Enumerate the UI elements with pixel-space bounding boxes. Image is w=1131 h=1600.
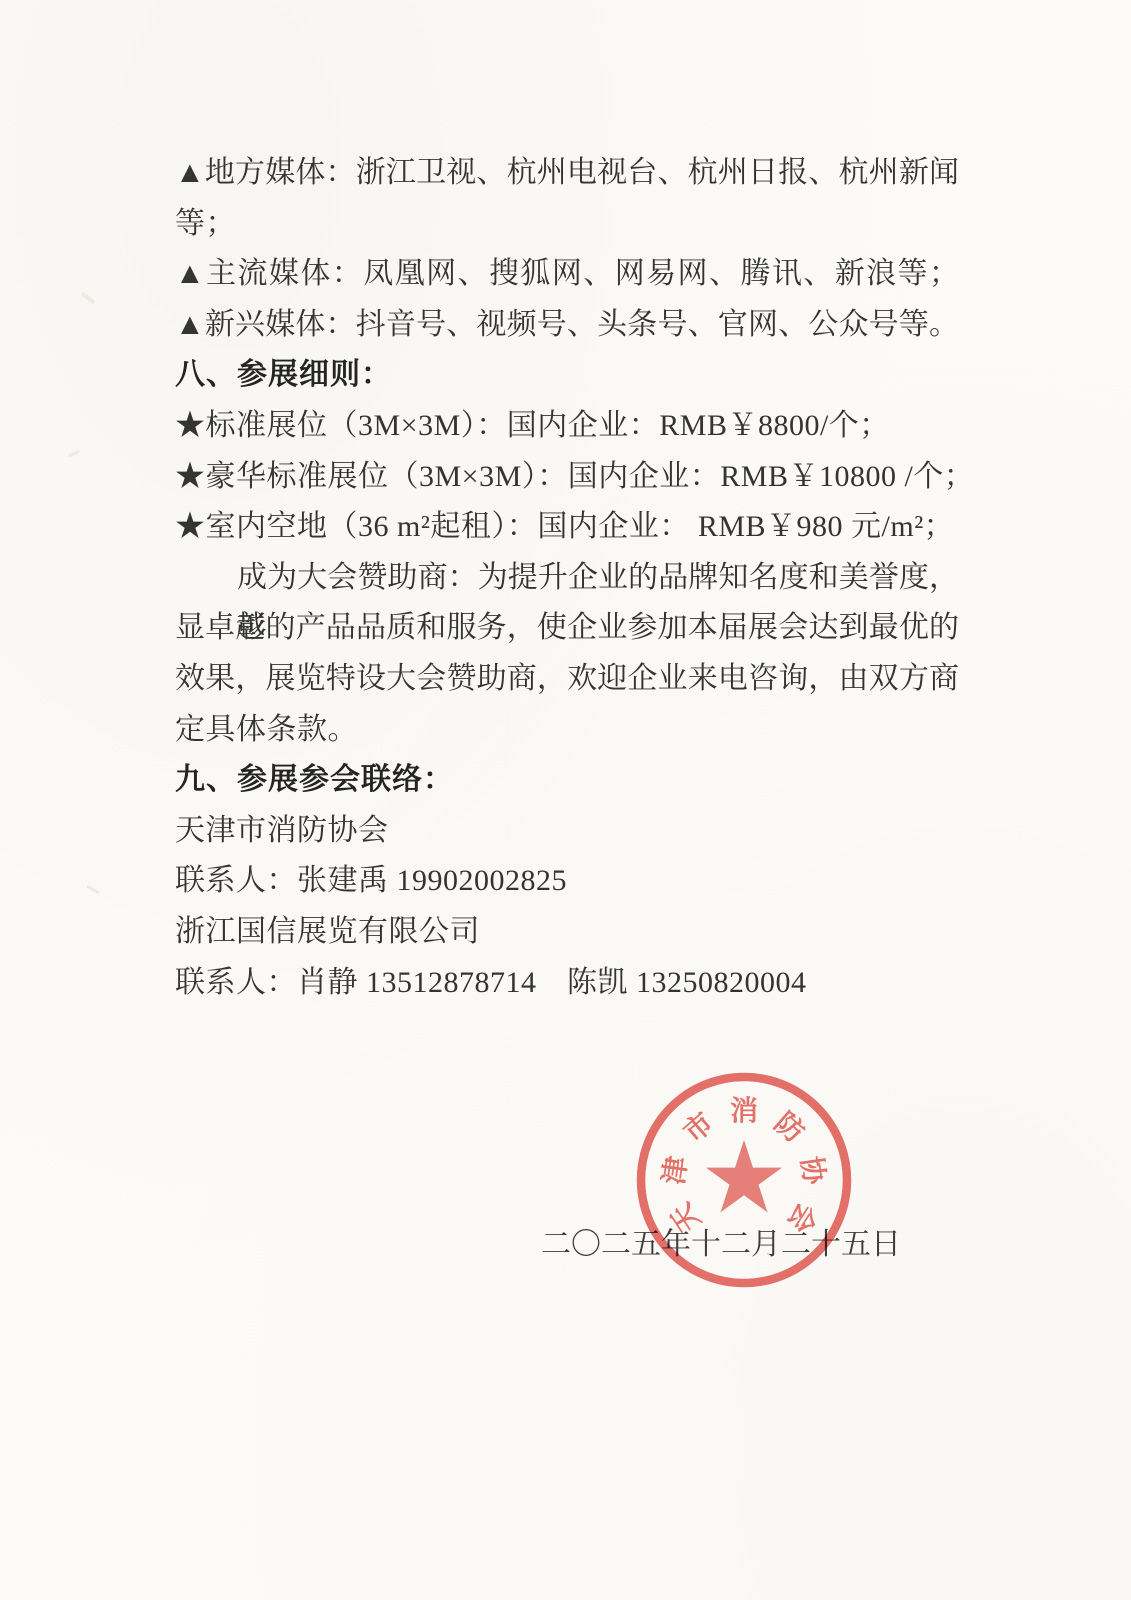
text-line: 联系人：张建禹 19902002825 bbox=[175, 856, 959, 907]
seal-character: 防 bbox=[768, 1107, 810, 1150]
text-line: ▲地方媒体：浙江卫视、杭州电视台、杭州日报、杭州新闻 bbox=[175, 148, 959, 199]
text-line: 显卓越的产品品质和服务，使企业参加本届展会达到最优的 bbox=[175, 603, 959, 654]
section-heading: 九、参展参会联络： bbox=[175, 755, 959, 806]
seal-graphic: 天津市消防协会 bbox=[641, 1077, 847, 1283]
scan-smudge bbox=[80, 291, 95, 304]
text-line: 天津市消防协会 bbox=[175, 806, 959, 857]
text-line: ★豪华标准展位（3M×3M）：国内企业：RMB￥10800 /个； bbox=[175, 452, 959, 503]
text-line: 等； bbox=[175, 199, 959, 250]
seal-character: 津 bbox=[658, 1153, 694, 1186]
text-line: ▲新兴媒体：抖音号、视频号、头条号、官网、公众号等。 bbox=[175, 300, 959, 351]
seal-character: 市 bbox=[678, 1107, 720, 1150]
section-heading: 八、参展细则： bbox=[175, 350, 959, 401]
text-line: ★标准展位（3M×3M）：国内企业：RMB￥8800/个； bbox=[175, 401, 959, 452]
seal-character: 消 bbox=[730, 1095, 758, 1127]
text-line: 成为大会赞助商：为提升企业的品牌知名度和美誉度，彰 bbox=[175, 553, 959, 604]
seal-character: 天 bbox=[665, 1197, 707, 1238]
official-seal: 天津市消防协会 bbox=[621, 1057, 867, 1303]
scan-smudge bbox=[86, 885, 100, 895]
seal-character: 会 bbox=[781, 1197, 823, 1238]
star-icon bbox=[706, 1140, 782, 1212]
document-body: ▲地方媒体：浙江卫视、杭州电视台、杭州日报、杭州新闻等；▲主流媒体：凤凰网、搜狐… bbox=[175, 148, 959, 1008]
text-line: 浙江国信展览有限公司 bbox=[175, 907, 959, 958]
text-line: 效果，展览特设大会赞助商，欢迎企业来电咨询，由双方商 bbox=[175, 654, 959, 705]
text-line: 联系人：肖静 13512878714 陈凯 13250820004 bbox=[175, 958, 959, 1009]
document-page: ▲地方媒体：浙江卫视、杭州电视台、杭州日报、杭州新闻等；▲主流媒体：凤凰网、搜狐… bbox=[0, 0, 1131, 1600]
scan-smudge bbox=[68, 450, 80, 458]
text-line: 定具体条款。 bbox=[175, 705, 959, 756]
text-line: ▲主流媒体：凤凰网、搜狐网、网易网、腾讯、新浪等； bbox=[175, 249, 959, 300]
seal-character: 协 bbox=[795, 1154, 831, 1187]
text-line: ★室内空地（36 m²起租）：国内企业： RMB￥980 元/m²； bbox=[175, 502, 959, 553]
